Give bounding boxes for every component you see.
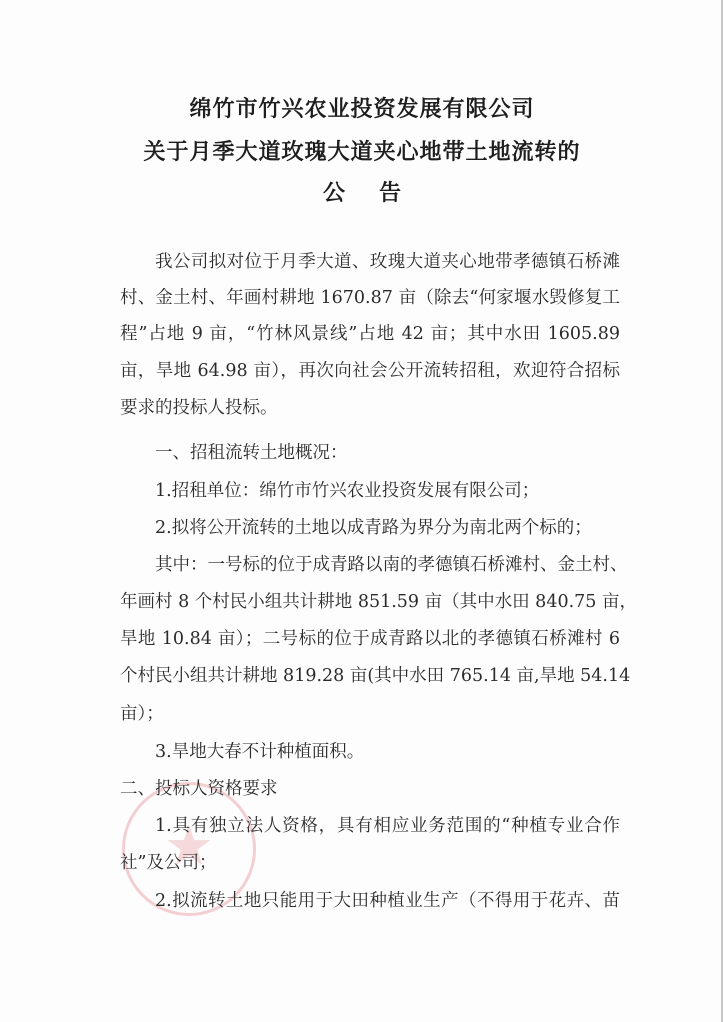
list-item: 1.具有独立法人资格，具有相应业务范围的“种植专业合作	[155, 815, 620, 837]
document-page: 绵竹市竹兴农业投资发展有限公司 关于月季大道玫瑰大道夹心地带土地流转的 公告 ★…	[0, 0, 724, 1022]
list-item: 1.招租单位：绵竹市竹兴农业投资发展有限公司；	[155, 480, 539, 502]
body-line: 社”及公司；	[120, 852, 216, 874]
body-line: 个村民小组共计耕地 819.28 亩(其中水田 765.14 亩,旱地 54.1…	[120, 665, 620, 687]
body-line: 亩，旱地 64.98 亩），再次向社会公开流转招租，欢迎符合招标	[120, 360, 620, 382]
list-item: 2.拟流转土地只能用于大田种植业生产（不得用于花卉、苗	[155, 890, 620, 912]
body-line: 其中：一号标的位于成青路以南的孝德镇石桥滩村、金土村、	[155, 554, 620, 576]
body-line: 年画村 8 个村民小组共计耕地 851.59 亩（其中水田 840.75 亩，	[120, 591, 620, 613]
body-line: 亩）；	[120, 703, 164, 725]
title-subject: 关于月季大道玫瑰大道夹心地带土地流转的	[0, 135, 724, 166]
section-heading: 二、投标人资格要求	[120, 778, 278, 800]
title-notice: 公告	[0, 176, 724, 207]
body-line: 村、金土村、年画村耕地 1670.87 亩（除去“何家堰水毁修复工	[120, 287, 620, 309]
list-item: 3.旱地大春不计种植面积。	[155, 741, 364, 763]
title-company: 绵竹市竹兴农业投资发展有限公司	[0, 92, 724, 123]
section-heading: 一、招租流转土地概况：	[155, 442, 348, 464]
body-line: 要求的投标人投标。	[120, 397, 278, 419]
body-line: 旱地 10.84 亩）；二号标的位于成青路以北的孝德镇石桥滩村 6	[120, 628, 620, 650]
body-line: 我公司拟对位于月季大道、玫瑰大道夹心地带孝德镇石桥滩	[155, 251, 620, 273]
body-line: 程”占地 9 亩，“竹林风景线”占地 42 亩；其中水田 1605.89	[120, 323, 620, 345]
list-item: 2.拟将公开流转的土地以成青路为界分为南北两个标的；	[155, 517, 592, 539]
